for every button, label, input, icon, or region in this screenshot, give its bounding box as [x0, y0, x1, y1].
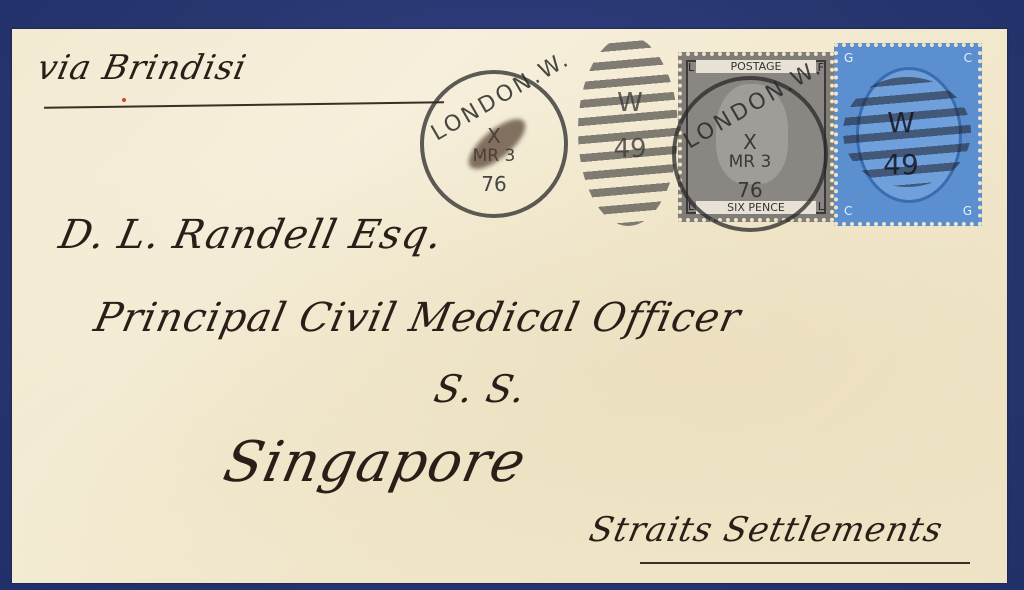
address-line-ss: S. S.: [430, 367, 530, 411]
cds-year: 76: [424, 172, 564, 196]
colony-underline: [640, 562, 970, 564]
cds-code: X: [676, 130, 824, 154]
address-line-city: Singapore: [218, 430, 532, 495]
address-line-name: D. L. Randell Esq.: [55, 212, 447, 258]
cds-date: MR 3: [676, 152, 824, 172]
red-ink-dot: [122, 98, 126, 102]
london-cds-right: LONDON.W. X MR 3 76: [672, 76, 828, 232]
route-endorsement: via Brindisi: [34, 48, 251, 88]
address-line-title: Principal Civil Medical Officer: [90, 295, 745, 341]
stamp-two-pence: G C C G W 49: [834, 43, 982, 226]
duplex-number-left: W 49: [610, 80, 650, 172]
address-line-colony: Straits Settlements: [586, 510, 947, 550]
cds-year: 76: [676, 178, 824, 202]
duplex-number-right: W 49: [876, 102, 926, 186]
